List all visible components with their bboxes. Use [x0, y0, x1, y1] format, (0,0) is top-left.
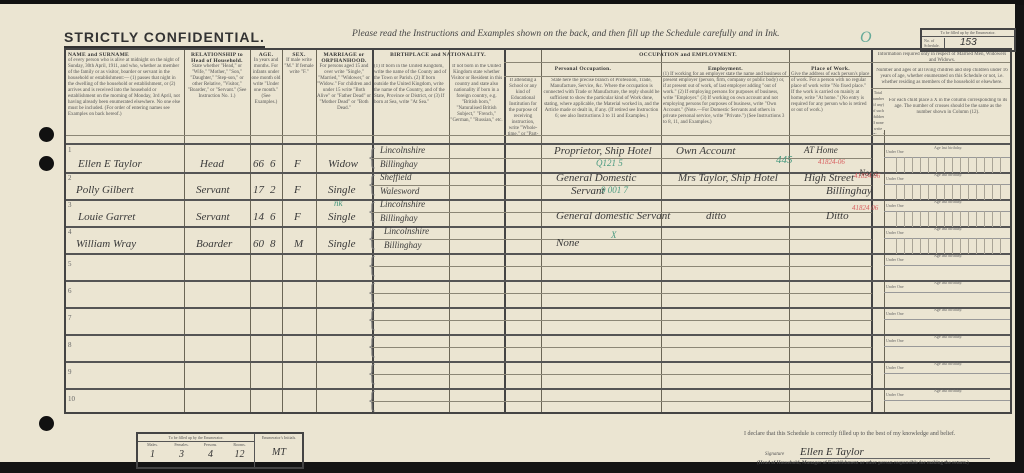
header-occupation-group: OCCUPATION and EMPLOYMENT. — [506, 52, 870, 62]
person-name: Ellen E Taylor — [78, 158, 142, 170]
occupation-line2: Servant — [571, 185, 605, 197]
place-of-work: High Street — [804, 172, 854, 184]
signature: Ellen E Taylor — [800, 446, 990, 459]
schedule-number: 153 — [960, 37, 977, 48]
row-number: 7 — [68, 314, 72, 322]
birth-county: Lincolnshire — [380, 199, 425, 209]
row-number: 5 — [68, 260, 72, 268]
relationship: Head — [200, 158, 224, 170]
employment: Mrs Taylor, Ship Hotel — [678, 172, 778, 184]
occupation: General Domestic — [556, 172, 636, 184]
birth-town: Walesword — [380, 186, 419, 196]
person-name: Polly Gilbert — [76, 184, 134, 196]
place-of-work-line2: Billinghay — [826, 185, 872, 197]
enumerator-summary-box: To be filled up by the Enumerator. Enume… — [136, 432, 304, 469]
birth-county: Sheffield — [380, 172, 412, 182]
header-relationship: RELATIONSHIP to Head of Household. State… — [185, 52, 249, 136]
relationship: Boarder — [196, 238, 232, 250]
males-count: 1 — [138, 449, 167, 460]
age-months: 6 — [270, 211, 276, 223]
age-months: 6 — [270, 158, 276, 170]
punch-hole — [39, 416, 54, 431]
header-occupation-body: State here the precise branch of Profess… — [543, 78, 660, 136]
header-school: If attending a School or any kind of Edu… — [506, 78, 540, 136]
age-years: 66 — [253, 158, 264, 170]
marital-status: Widow — [328, 158, 358, 170]
census-table: NAME and SURNAME of every person who is … — [64, 48, 1012, 414]
header-children-body: Number and ages of all living children a… — [874, 68, 1010, 88]
place-code: 41824 06 — [854, 172, 880, 180]
age-years: 17 — [253, 184, 264, 196]
birth-town: Billinghay — [384, 240, 422, 250]
relationship: Servant — [196, 211, 230, 223]
employment-code: 445 — [776, 154, 793, 166]
header-children-total: Total number (if any) of such children. … — [872, 90, 884, 134]
birth-county: Lincolnshire — [384, 226, 429, 236]
header-age: AGE. In years and months. For infants un… — [251, 52, 281, 136]
birth-town: Billinghay — [380, 159, 418, 169]
marital-status: Single — [328, 238, 356, 250]
employment: ditto — [706, 210, 726, 222]
sex: F — [294, 184, 301, 196]
header-personal-occupation: Personal Occupation. — [506, 66, 660, 76]
place-of-work: Ditto — [826, 210, 849, 222]
signature-subtext: (Head of Household, Manager of Establish… — [757, 461, 969, 466]
declaration-text: I declare that this Schedule is correctl… — [744, 431, 955, 437]
rooms-count: 12 — [225, 449, 254, 460]
signature-label: Signature — [765, 452, 784, 457]
relationship: Servant — [196, 184, 230, 196]
place-code: 41824-06 — [818, 158, 845, 166]
marital-status: Single — [328, 184, 356, 196]
sex: F — [294, 158, 301, 170]
row-number: 3 — [68, 201, 72, 209]
header-children-mark: For each child place a X in the column c… — [888, 98, 1008, 134]
row-number: 10 — [68, 395, 75, 403]
row-number: 6 — [68, 287, 72, 295]
row-number: 8 — [68, 341, 72, 349]
row-number: 4 — [68, 228, 72, 236]
header-nationality: If not born in the United Kingdom state … — [450, 64, 503, 136]
birth-town: Billinghay — [380, 213, 418, 223]
punch-hole — [39, 127, 54, 142]
census-schedule-page: STRICTLY CONFIDENTIAL. Please read the I… — [0, 4, 1015, 462]
place-code: 41824 06 — [852, 204, 878, 212]
age-months: 8 — [270, 238, 276, 250]
occupation: General domestic Servant — [556, 210, 670, 222]
person-name: William Wray — [76, 238, 136, 250]
occupation: None — [556, 237, 579, 249]
header-birthplace: BIRTHPLACE and NATIONALITY. — [373, 52, 503, 62]
age-years: 60 — [253, 238, 264, 250]
age-months: 2 — [270, 184, 276, 196]
punch-hole — [39, 156, 54, 171]
header-marriage: MARRIAGE or ORPHANHOOD. For persons aged… — [317, 52, 371, 136]
person-name: Louie Garret — [78, 211, 135, 223]
occupation-code: Q121 5 — [596, 158, 623, 168]
header-children-group: Information required only in respect of … — [874, 52, 1010, 66]
fill-instructions: Please read the Instructions and Example… — [352, 29, 780, 39]
females-count: 3 — [167, 449, 196, 460]
occupation: Proprietor, Ship Hotel — [554, 145, 652, 157]
page-title: STRICTLY CONFIDENTIAL. — [64, 29, 265, 48]
row-number: 1 — [68, 146, 72, 154]
sex: F — [294, 211, 301, 223]
occupation-code: X — [611, 230, 617, 240]
enumerator-initials: MT — [256, 447, 302, 458]
occupation-code: 9 001 7 — [601, 185, 628, 195]
employment: Own Account — [676, 145, 735, 157]
persons-count: 4 — [196, 449, 225, 460]
birth-county: Lincolnshire — [380, 145, 425, 155]
header-name: NAME and SURNAME of every person who is … — [68, 52, 182, 136]
sex: M — [294, 238, 303, 250]
header-sex: SEX. If male write "M." If female write … — [283, 52, 315, 136]
header-birthplace-body: (1) If born in the United Kingdom, write… — [374, 64, 448, 136]
row-number: 9 — [68, 368, 72, 376]
corner-mark: O — [860, 29, 872, 47]
marital-status: Single — [328, 211, 356, 223]
place-of-work: AT Home — [804, 145, 838, 155]
row-number: 2 — [68, 174, 72, 182]
marital-mark: nk — [334, 198, 343, 208]
age-years: 14 — [253, 211, 264, 223]
